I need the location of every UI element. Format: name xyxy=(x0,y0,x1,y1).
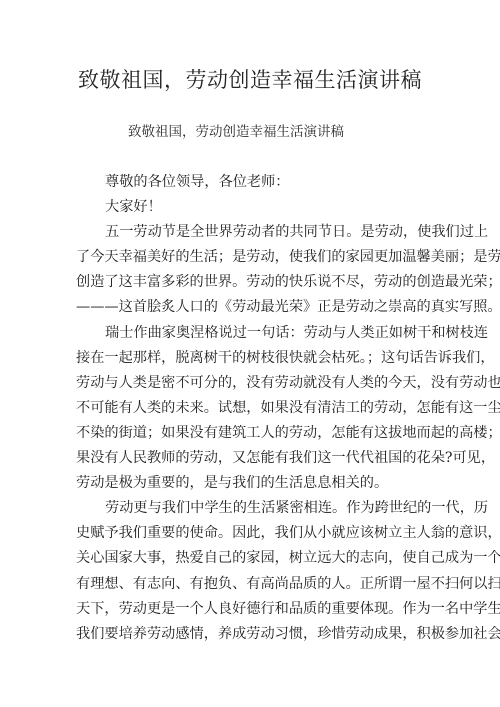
text-line: 劳动更与我们中学生的生活紧密相连。作为跨世纪的一代，历 xyxy=(76,496,428,521)
text-line: 我们要培养劳动感情，养成劳动习惯，珍惜劳动成果，积极参加社会 xyxy=(76,622,428,647)
text-line: 创造了这丰富多彩的世界。劳动的快乐说不尽，劳动的创造最光荣；— xyxy=(76,270,428,295)
text-line: 瑞士作曲家奥涅格说过一句话：劳动与人类正如树干和树枝连 xyxy=(76,321,428,346)
text-line: 尊敬的各位领导，各位老师： xyxy=(76,170,428,195)
text-line: 五一劳动节是全世界劳动者的共同节日。是劳动，使我们过上 xyxy=(76,220,428,245)
speech-body: 尊敬的各位领导，各位老师： 大家好！ 五一劳动节是全世界劳动者的共同节日。是劳动… xyxy=(76,170,428,647)
document-subtitle: 致敬祖国，劳动创造幸福生活演讲稿 xyxy=(128,120,344,140)
text-line: 果没有人民教师的劳动，又怎能有我们这一代代祖国的花朵?可见， xyxy=(76,446,428,471)
text-line: 劳动是极为重要的，是与我们的生活息息相关的。 xyxy=(76,471,428,496)
text-line: 不染的街道；如果没有建筑工人的劳动，怎能有这拔地而起的高楼；如 xyxy=(76,421,428,446)
text-line: 不可能有人类的未来。试想，如果没有清洁工的劳动，怎能有这一尘 xyxy=(76,396,428,421)
text-line: 了今天幸福美好的生活；是劳动，使我们的家园更加温馨美丽；是劳动， xyxy=(76,245,428,270)
document-page: 致敬祖国，劳动创造幸福生活演讲稿 致敬祖国，劳动创造幸福生活演讲稿 尊敬的各位领… xyxy=(0,0,500,707)
text-line: 关心国家大事，热爱自己的家园，树立远大的志向，使自己成为一个 xyxy=(76,546,428,571)
document-title: 致敬祖国，劳动创造幸福生活演讲稿 xyxy=(0,64,500,94)
text-line: 有理想、有志向、有抱负、有高尚品质的人。正所谓一屋不扫何以扫 xyxy=(76,572,428,597)
text-line: ———这首脍炙人口的《劳动最光荣》正是劳动之崇高的真实写照。 xyxy=(76,295,428,320)
text-line: 史赋予我们重要的使命。因此，我们从小就应该树立主人翁的意识， xyxy=(76,521,428,546)
text-line: 天下，劳动更是一个人良好德行和品质的重要体现。作为一名中学生， xyxy=(76,597,428,622)
text-line: 大家好！ xyxy=(76,195,428,220)
text-line: 接在一起那样，脱离树干的树枝很快就会枯死。；这句话告诉我们， xyxy=(76,346,428,371)
text-line: 劳动与人类是密不可分的，没有劳动就没有人类的今天，没有劳动也 xyxy=(76,371,428,396)
